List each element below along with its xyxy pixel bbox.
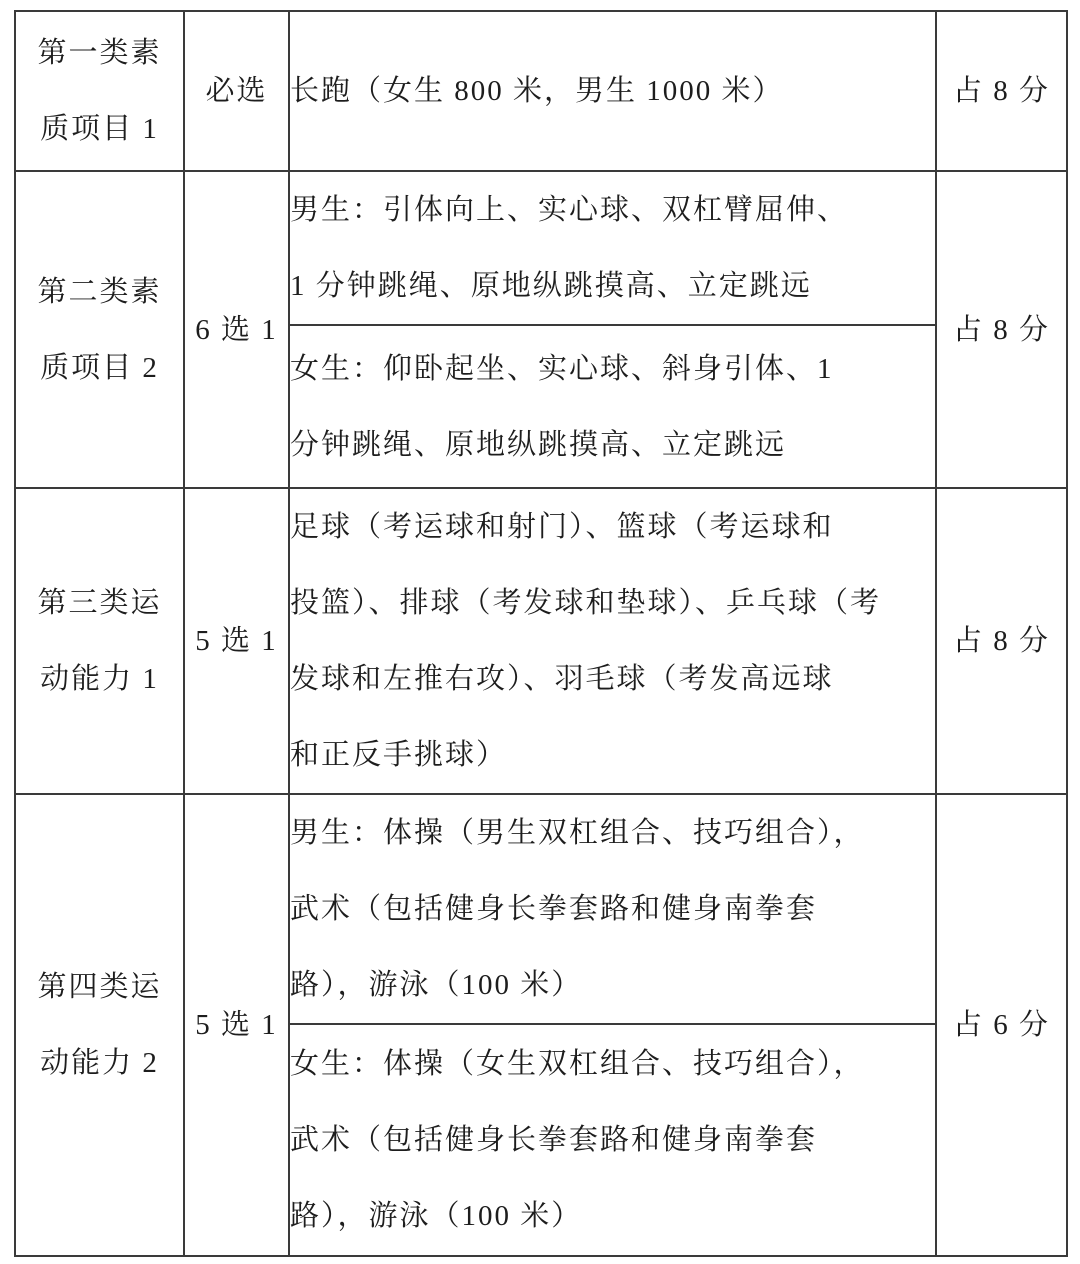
items-cell-female: 女生：体操（女生双杠组合、技巧组合）， 武术（包括健身长拳套路和健身南拳套 路）…	[289, 1024, 936, 1256]
pe-exam-category-table: 第一类素 质项目 1 必选 长跑（女生 800 米，男生 1000 米） 占 8…	[14, 10, 1068, 1257]
category-cell: 第二类素 质项目 2	[15, 171, 184, 488]
category-cell: 第一类素 质项目 1	[15, 11, 184, 171]
items-cell: 足球（考运球和射门）、篮球（考运球和 投篮）、排球（考发球和垫球）、乒乓球（考 …	[289, 488, 936, 794]
score-cell: 占 8 分	[936, 171, 1067, 488]
score-cell: 占 6 分	[936, 794, 1067, 1256]
items-cell-female: 女生：仰卧起坐、实心球、斜身引体、1 分钟跳绳、原地纵跳摸高、立定跳远	[289, 325, 936, 488]
selection-cell: 6 选 1	[184, 171, 289, 488]
category-cell: 第四类运 动能力 2	[15, 794, 184, 1256]
table-row: 第四类运 动能力 2 5 选 1 男生：体操（男生双杠组合、技巧组合）， 武术（…	[15, 794, 1067, 1024]
items-cell-male: 男生：引体向上、实心球、双杠臂屈伸、 1 分钟跳绳、原地纵跳摸高、立定跳远	[289, 171, 936, 325]
table-row: 第三类运 动能力 1 5 选 1 足球（考运球和射门）、篮球（考运球和 投篮）、…	[15, 488, 1067, 794]
table-row: 第一类素 质项目 1 必选 长跑（女生 800 米，男生 1000 米） 占 8…	[15, 11, 1067, 171]
selection-cell: 5 选 1	[184, 488, 289, 794]
score-cell: 占 8 分	[936, 488, 1067, 794]
category-cell: 第三类运 动能力 1	[15, 488, 184, 794]
selection-cell: 5 选 1	[184, 794, 289, 1256]
selection-cell: 必选	[184, 11, 289, 171]
items-cell-male: 男生：体操（男生双杠组合、技巧组合）， 武术（包括健身长拳套路和健身南拳套 路）…	[289, 794, 936, 1024]
score-cell: 占 8 分	[936, 11, 1067, 171]
document-page: 第一类素 质项目 1 必选 长跑（女生 800 米，男生 1000 米） 占 8…	[0, 0, 1080, 1264]
table-row: 第二类素 质项目 2 6 选 1 男生：引体向上、实心球、双杠臂屈伸、 1 分钟…	[15, 171, 1067, 325]
items-cell: 长跑（女生 800 米，男生 1000 米）	[289, 11, 936, 171]
